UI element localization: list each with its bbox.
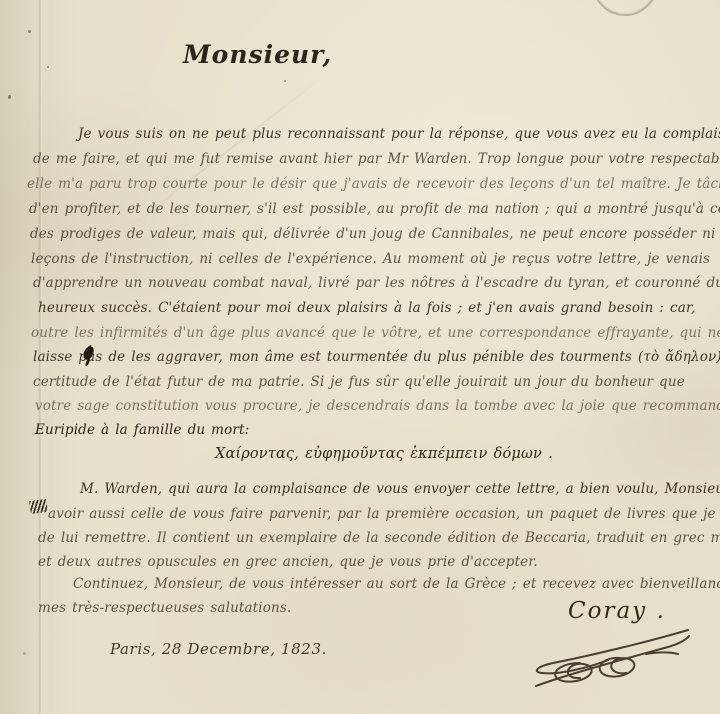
letter-line: mes très-respectueuses salutations. [38, 602, 291, 616]
letter-line: certitude de l'état futur de ma patrie. … [33, 376, 685, 390]
dateline: Paris, 28 Decembre, 1823. [110, 640, 327, 658]
letter-line: Je vous suis on ne peut plus reconnaissa… [78, 128, 720, 142]
letter-line: des prodiges de valeur, mais qui, délivr… [30, 228, 720, 242]
letter-page: Monsieur, Je vous suis on ne peut plus r… [0, 0, 720, 714]
letter-line: outre les infirmités d'un âge plus avanc… [31, 327, 720, 341]
letter-line: d'en profiter, et de les tourner, s'il e… [29, 203, 720, 217]
letter-line: avoir aussi celle de vous faire parvenir… [48, 508, 720, 522]
postal-stamp-icon [588, 0, 663, 20]
letter-line: de me faire, et qui me fut remise avant … [33, 153, 720, 167]
paper-speck [284, 80, 286, 82]
letter-line: Continuez, Monsieur, de vous intéresser … [73, 578, 720, 592]
signature-flourish [528, 616, 693, 694]
letter-line: d'apprendre un nouveau combat naval, liv… [33, 277, 720, 291]
paper-speck [23, 652, 26, 655]
letter-line: votre sage constitution vous procure, je… [35, 400, 720, 414]
letter-line: elle m'a paru trop courte pour le désir … [27, 178, 720, 192]
letter-line: laisse pas de les aggraver, mon âme est … [33, 351, 720, 365]
salutation: Monsieur, [183, 40, 332, 69]
letter-line: Euripide à la famille du mort: [35, 424, 249, 438]
greek-quote-line: Χαίροντας, εὐφημοῦντας ἐκπέμπειν δόμων . [215, 447, 553, 462]
letter-line: M. Warden, qui aura la complaisance de v… [80, 483, 720, 497]
letter-line: et deux autres opuscules en grec ancien,… [38, 556, 538, 570]
letter-line: heureux succès. C'étaient pour moi deux … [38, 302, 696, 316]
letter-line: leçons de l'instruction, ni celles de l'… [31, 253, 710, 267]
letter-line: de lui remettre. Il contient un exemplai… [38, 532, 720, 546]
paper-speck [47, 66, 49, 68]
paper-speck [8, 95, 11, 99]
crossed-out-scribble [29, 499, 48, 514]
paper-speck [28, 30, 31, 33]
